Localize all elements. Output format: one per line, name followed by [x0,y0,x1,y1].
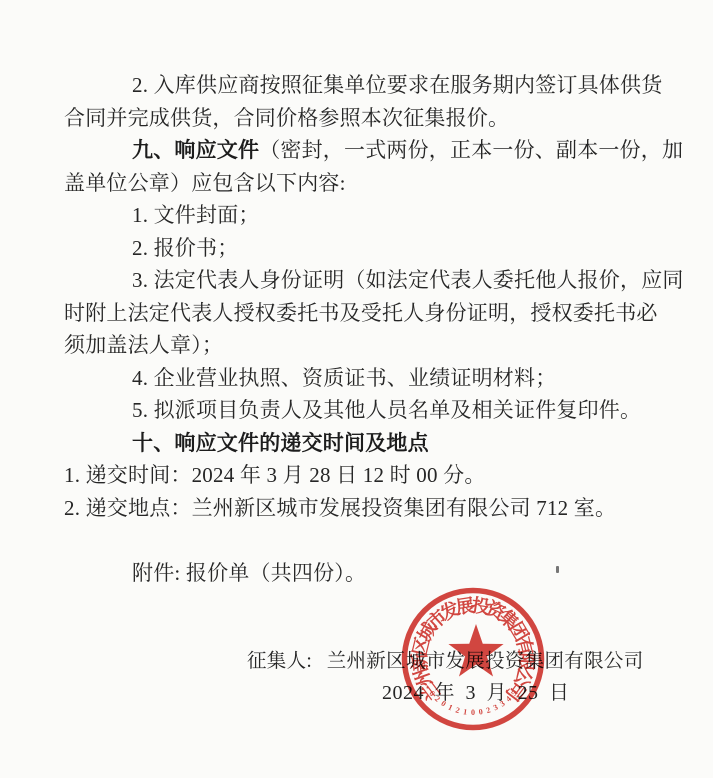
text-line: 合同并完成供货，合同价格参照本次征集报价。 [64,102,703,135]
collector-company-spacer [317,651,326,672]
seal-company-char: 资 [483,597,510,625]
text-line: 3. 法定代表人身份证明（如法定代表人委托他人报价，应同 [64,264,703,297]
body-text: 1. 递交时间：2024 年 3 月 28 日 12 时 00 分。 [64,463,486,487]
seal-serial-digit: 0 [471,708,475,717]
body-text: 附件: 报价单（共四份）。 [132,561,366,585]
text-line: 十、响应文件的递交时间及地点 [64,427,703,460]
text-line: 须加盖法人章）； [64,329,703,362]
text-line: 4. 企业营业执照、资质证书、业绩证明材料； [64,362,703,395]
seal-company-char: 城 [414,618,442,645]
text-line: 2. 入库供应商按照征集单位要求在服务期内签订具体供货 [64,69,703,102]
body-text: 1. 文件封面； [132,203,260,227]
seal-serial-digit: 1 [463,707,468,716]
seal-company-char: 展 [455,595,477,619]
text-line: 九、响应文件（密封，一式两份，正本一份、副本一份，加 [64,134,703,167]
text-line: 时附上法定代表人授权委托书及受托人身份证明，授权委托书必 [64,297,703,330]
body-text: 盖单位公章）应包含以下内容: [64,171,346,195]
body-text: 3. 法定代表人身份证明（如法定代表人委托他人报价，应同 [132,268,684,292]
body-text: 时附上法定代表人授权委托书及受托人身份证明，授权委托书必 [64,301,658,325]
body-text: 2. 入库供应商按照征集单位要求在服务期内签订具体供货 [132,73,662,97]
body-text: 合同并完成供货，合同价格参照本次征集报价。 [64,106,509,130]
blank-line [64,524,703,557]
body-text: 2. 递交地点：兰州新区城市发展投资集团有限公司 712 室。 [64,496,616,520]
body-text: 须加盖法人章）； [64,333,223,357]
scan-artifact-speck [556,566,559,573]
body-text: 2. 报价书； [132,236,238,260]
heading-text: 十、响应文件的递交时间及地点 [132,431,429,455]
body-text: （密封，一式两份，正本一份、副本一份，加 [259,138,683,162]
document-body: 2. 入库供应商按照征集单位要求在服务期内签订具体供货合同并完成供货，合同价格参… [64,69,703,589]
heading-text: 九、响应文件 [132,138,259,162]
collector-label: 征集人: [247,651,312,672]
body-text: 5. 拟派项目负责人及其他人员名单及相关证件复印件。 [132,398,641,422]
signature-date: 2024 年 3 月 25 日 [382,676,570,705]
body-text: 4. 企业营业执照、资质证书、业绩证明材料； [132,366,556,390]
text-line: 盖单位公章）应包含以下内容: [64,167,703,200]
collector-company: 兰州新区城市发展投资集团有限公司 [327,651,644,672]
text-line: 5. 拟派项目负责人及其他人员名单及相关证件复印件。 [64,394,703,427]
seal-serial-digit: 2 [454,705,460,715]
seal-company-char: 市 [423,605,452,634]
seal-company-char: 投 [470,594,492,619]
text-line: 1. 递交时间：2024 年 3 月 28 日 12 时 00 分。 [64,459,703,492]
seal-company-char: 团 [504,619,532,646]
seal-serial-digit: 2 [485,705,491,715]
seal-company-char: 集 [494,605,523,634]
text-line: 附件: 报价单（共四份）。 [64,557,703,590]
text-line: 1. 文件封面； [64,199,703,232]
seal-serial-digit: 0 [478,707,483,716]
text-line: 2. 递交地点：兰州新区城市发展投资集团有限公司 712 室。 [64,492,703,525]
signature-block: 征集人: 兰州新区城市发展投资集团有限公司 [247,645,644,673]
scanned-document-page: 2. 入库供应商按照征集单位要求在服务期内签订具体供货合同并完成供货，合同价格参… [0,0,713,778]
text-line: 2. 报价书； [64,232,703,265]
seal-company-char: 发 [436,597,464,625]
